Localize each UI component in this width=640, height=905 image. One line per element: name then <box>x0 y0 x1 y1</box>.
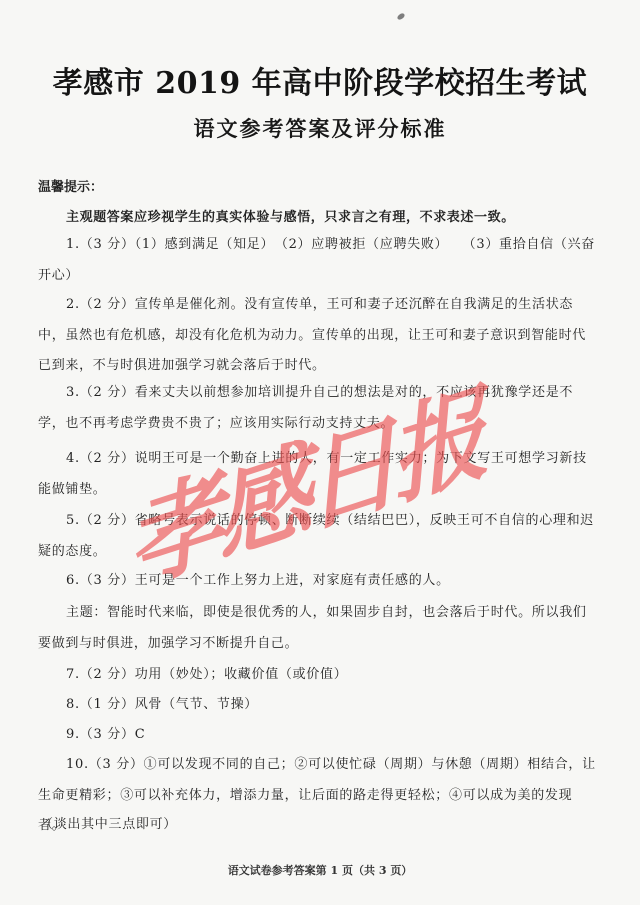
answer-7: 7.（2 分）功用（妙处）；收藏价值（或价值） <box>38 660 598 691</box>
answer-9: 9.（3 分）C <box>38 720 598 751</box>
page-footer: 语文试卷参考答案第 1 页（共 3 页） <box>0 862 640 878</box>
answer-10-note: （谈出其中三点即可） <box>40 810 600 841</box>
answer-5: 5.（2 分）省略号表示说话的停顿、断断续续（结结巴巴），反映王可不自信的心理和… <box>38 506 598 567</box>
scan-speck <box>396 12 405 21</box>
answer-3: 3.（2 分）看来丈夫以前想参加培训提升自己的想法是对的，不应该再犹豫学还是不学… <box>38 378 598 439</box>
scanned-document-page: 孝感市 2019 年高中阶段学校招生考试 语文参考答案及评分标准 温馨提示： 主… <box>0 0 640 905</box>
answer-1: 1.（3 分）（1）感到满足（知足） （2）应聘被拒（应聘失败） （3）重拾自信… <box>38 230 598 291</box>
answer-6-theme: 主题：智能时代来临，即使是很优秀的人，如果固步自封，也会落后于时代。所以我们要做… <box>38 598 598 659</box>
tip-label: 温馨提示： <box>38 176 103 195</box>
document-title: 孝感市 2019 年高中阶段学校招生考试 <box>0 58 640 102</box>
answer-4: 4.（2 分）说明王可是一个勤奋上进的人，有一定工作实力；为下文写王可想学习新技… <box>38 444 598 505</box>
answer-2: 2.（2 分）宣传单是催化剂。没有宣传单，王可和妻子还沉醉在自我满足的生活状态中… <box>38 290 598 382</box>
answer-6: 6.（3 分）王可是一个工作上努力上进，对家庭有责任感的人。 <box>38 566 598 597</box>
document-subtitle: 语文参考答案及评分标准 <box>0 113 640 143</box>
tip-text: 主观题答案应珍视学生的真实体验与感悟，只求言之有理，不求表述一致。 <box>66 206 515 225</box>
answer-8: 8.（1 分）风骨（气节、节操） <box>38 690 598 721</box>
